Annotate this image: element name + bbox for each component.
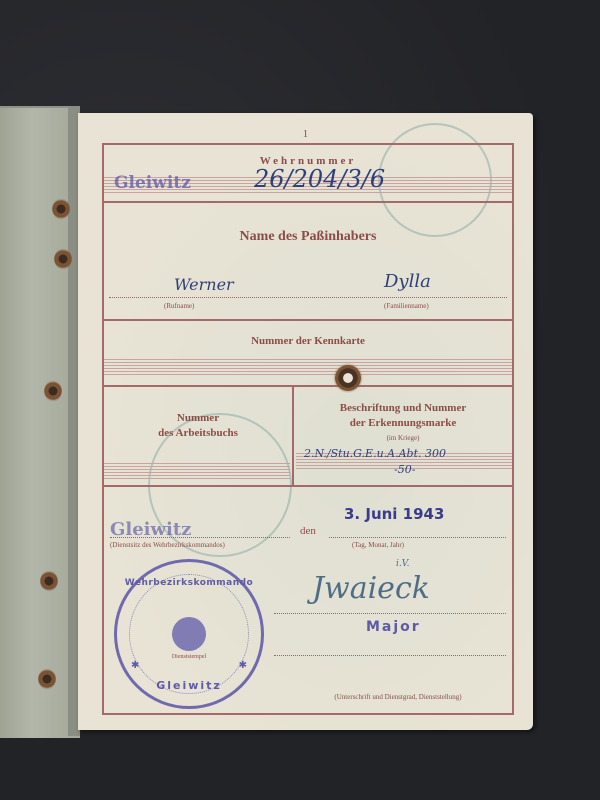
surname-caption: (Familienname) <box>384 302 429 310</box>
divider <box>104 201 512 203</box>
arbeitsbuch-label-line1: Nummer <box>104 411 292 426</box>
erkennungsmarke-label-line2: der Erkennungsmarke <box>294 416 512 431</box>
rank-stamp: Major <box>366 619 421 635</box>
erkennungsmarke-value-line2: -50- <box>394 463 415 476</box>
signature-dotted-line <box>274 613 506 614</box>
seal-star-icon: ✱ <box>239 660 247 671</box>
first-name-caption: (Rufname) <box>164 302 194 310</box>
surname-value: Dylla <box>384 271 431 292</box>
seal-emblem-icon <box>172 617 206 651</box>
erkennungsmarke-label: Beschriftung und Nummer der Erkennungsma… <box>294 401 512 446</box>
date-dotted-line <box>329 537 506 538</box>
divider <box>104 319 512 321</box>
kennkarte-ruled-lines <box>104 357 512 377</box>
rust-rivet <box>44 380 62 402</box>
rust-rivet <box>38 668 56 690</box>
rank-dotted-line <box>274 655 506 656</box>
erkennungsmarke-label-line1: Beschriftung und Nummer <box>294 401 512 416</box>
erkennungsmarke-caption: (im Kriege) <box>294 431 512 446</box>
rust-rivet <box>40 570 58 592</box>
seal-bottom-text: Gleiwitz <box>117 679 261 692</box>
place-dotted-line <box>110 537 290 538</box>
wehrnummer-place-stamp: Gleiwitz <box>114 173 191 193</box>
page-number: 1 <box>78 129 533 140</box>
punch-hole <box>333 363 363 393</box>
seal-star-icon: ✱ <box>131 660 139 671</box>
arbeitsbuch-label: Nummer des Arbeitsbuchs <box>104 411 292 441</box>
signature-prefix: i.V. <box>396 559 410 569</box>
holder-name-label: Name des Paßinhabers <box>104 229 512 245</box>
document-page: 1 Wehrnummer Gleiwitz 26/204/3/6 Name de… <box>78 113 533 730</box>
official-seal: Wehrbezirkskommando Dienststempel Gleiwi… <box>114 559 264 709</box>
first-name-value: Werner <box>174 275 234 294</box>
wehrnummer-value: 26/204/3/6 <box>254 165 385 193</box>
arbeitsbuch-label-line2: des Arbeitsbuchs <box>104 426 292 441</box>
divider <box>104 385 512 387</box>
den-label: den <box>300 525 316 537</box>
erkennungsmarke-value-line1: 2.N./Stu.G.E.u.A.Abt. 300 <box>304 447 446 460</box>
kennkarte-label: Nummer der Kennkarte <box>104 335 512 347</box>
signature-handwritten: Jwaieck <box>312 571 430 606</box>
signature-caption: (Unterschrift und Dienstgrad, Dienststel… <box>284 693 512 701</box>
seal-top-text: Wehrbezirkskommando <box>117 578 261 588</box>
rust-rivet <box>52 198 70 220</box>
date-caption: (Tag, Monat, Jahr) <box>352 541 404 549</box>
arbeitsbuch-ruled-lines <box>104 461 290 481</box>
place-caption: (Dienstsitz des Wehrbezirkskommandos) <box>110 541 225 549</box>
rust-rivet <box>54 248 72 270</box>
form-frame: Wehrnummer Gleiwitz 26/204/3/6 Name des … <box>102 143 514 715</box>
name-dotted-line <box>109 297 507 298</box>
date-stamp: 3. Juni 1943 <box>344 505 444 523</box>
divider <box>104 485 512 487</box>
